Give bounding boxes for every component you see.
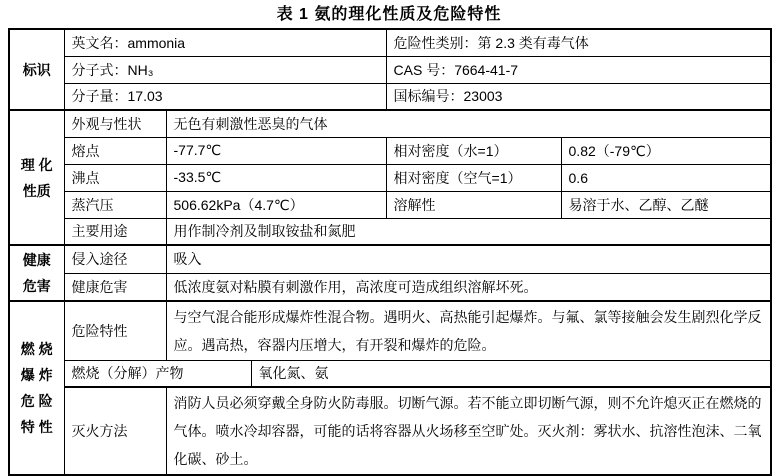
label-boiling-point: 沸点 [64,164,166,191]
cell-english-name: 英文名：ammonia [64,29,386,56]
value-boiling-point: -33.5℃ [166,164,386,191]
row-health-hazard: 健康危害 低浓度氨对粘膜有刺激作用，高浓度可造成组织溶解坏死。 [9,273,771,301]
section-header-health-hazard: 健康 危害 [9,245,64,301]
value-melting-point: -77.7℃ [166,137,386,164]
value-health-hazard: 低浓度氨对粘膜有刺激作用，高浓度可造成组织溶解坏死。 [166,273,771,301]
cell-molecular-formula: 分子式：NH₃ [64,56,386,83]
label-vapor-pressure: 蒸汽压 [64,191,166,218]
row-combustion-products: 燃烧（分解）产物 氧化氮、氨 [9,361,771,387]
cell-molecular-weight: 分子量：17.03 [64,83,386,110]
table-title: 表 1 氨的理化性质及危险特性 [0,0,778,28]
cell-hazard-class: 危险性类别：第 2.3 类有毒气体 [386,29,771,56]
document-page: 表 1 氨的理化性质及危险特性 标识 英文名：ammonia 危险性类别：第 2… [0,0,778,476]
cell-cas-no: CAS 号：7664-41-7 [386,56,771,83]
row-appearance: 理 化 性质 外观与性状 无色有刺激性恶臭的气体 [9,110,771,137]
label-health-hazard: 健康危害 [64,273,166,301]
value-relative-density-air: 0.6 [561,164,771,191]
row-molecular-weight: 分子量：17.03 国标编号：23003 [9,83,771,110]
row-invasion-route: 健康 危害 侵入途径 吸入 [9,245,771,273]
section-header-physicochemical: 理 化 性质 [9,110,64,245]
section-header-fire-explosion: 燃 烧 爆 炸 危 险 特 性 [9,301,64,475]
row-vapor-pressure: 蒸汽压 506.62kPa（4.7℃） 溶解性 易溶于水、乙醇、乙醚 [9,191,771,218]
row-main-use: 主要用途 用作制冷剂及制取铵盐和氮肥 [9,218,771,245]
value-invasion-route: 吸入 [166,245,771,273]
label-appearance: 外观与性状 [64,110,166,137]
label-melting-point: 熔点 [64,137,166,164]
label-relative-density-water: 相对密度（水=1） [386,137,561,164]
value-appearance: 无色有刺激性恶臭的气体 [166,110,771,137]
value-main-use: 用作制冷剂及制取铵盐和氮肥 [166,218,771,245]
label-main-use: 主要用途 [64,218,166,245]
value-combustion-products: 氧化氮、氨 [251,361,771,387]
value-hazard-characteristics: 与空气混合能形成爆炸性混合物。遇明火、高热能引起爆炸。与氟、氯等接触会发生剧烈化… [166,301,771,361]
label-fire-fighting-method: 灭火方法 [64,387,166,475]
value-relative-density-water: 0.82（-79℃） [561,137,771,164]
section-header-identification: 标识 [9,29,64,110]
row-hazard-characteristics: 燃 烧 爆 炸 危 险 特 性 危险特性 与空气混合能形成爆炸性混合物。遇明火、… [9,301,771,361]
value-solubility: 易溶于水、乙醇、乙醚 [561,191,771,218]
msds-table: 标识 英文名：ammonia 危险性类别：第 2.3 类有毒气体 分子式：NH₃… [8,28,772,476]
label-solubility: 溶解性 [386,191,561,218]
value-fire-fighting-method: 消防人员必须穿戴全身防火防毒服。切断气源。若不能立即切断气源，则不允许熄灭正在燃… [166,387,771,475]
label-combustion-products: 燃烧（分解）产物 [64,361,251,387]
label-hazard-characteristics: 危险特性 [64,301,166,361]
value-vapor-pressure: 506.62kPa（4.7℃） [166,191,386,218]
row-molecular-formula: 分子式：NH₃ CAS 号：7664-41-7 [9,56,771,83]
cell-gb-code: 国标编号：23003 [386,83,771,110]
row-english-name: 标识 英文名：ammonia 危险性类别：第 2.3 类有毒气体 [9,29,771,56]
row-boiling-point: 沸点 -33.5℃ 相对密度（空气=1） 0.6 [9,164,771,191]
row-melting-point: 熔点 -77.7℃ 相对密度（水=1） 0.82（-79℃） [9,137,771,164]
label-invasion-route: 侵入途径 [64,245,166,273]
row-fire-fighting-method: 灭火方法 消防人员必须穿戴全身防火防毒服。切断气源。若不能立即切断气源，则不允许… [9,387,771,475]
label-relative-density-air: 相对密度（空气=1） [386,164,561,191]
